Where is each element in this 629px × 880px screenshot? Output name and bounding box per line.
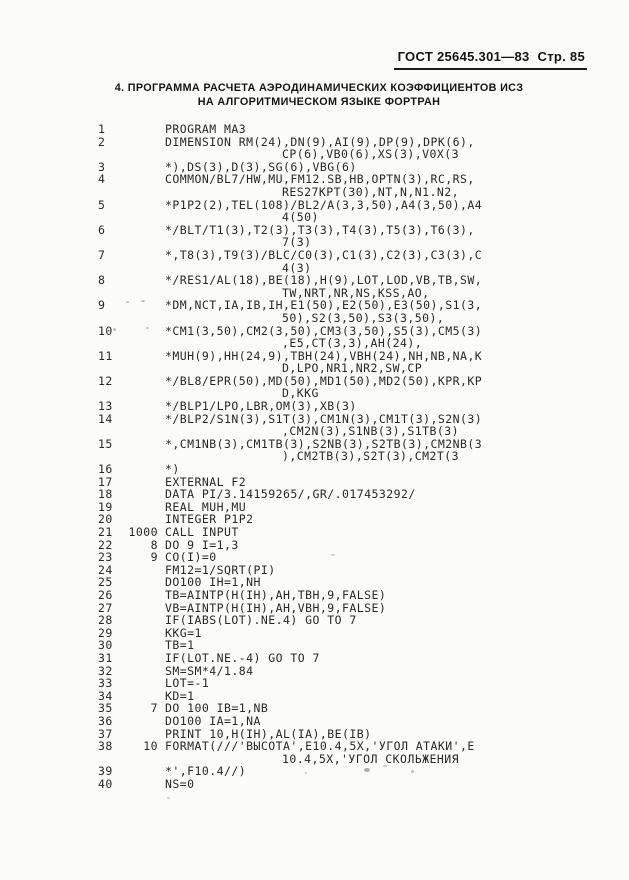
code-text: DO100 IA=1,NA xyxy=(158,715,261,728)
code-text: IF(IABS(LOT).NE.4) GO TO 7 xyxy=(158,614,357,627)
code-text: 4(50) xyxy=(158,211,319,224)
line-number: 23 xyxy=(98,551,120,564)
gost-number: ГОСТ 25645.301—83 xyxy=(398,49,530,64)
line-number: 31 xyxy=(98,652,120,665)
statement-label xyxy=(120,186,158,199)
code-line: 7*,T8(3),T9(3)/BLC/C0(3),C1(3),C2(3),C3(… xyxy=(98,249,482,262)
code-text: CALL INPUT xyxy=(158,526,239,539)
line-number xyxy=(98,362,120,375)
statement-label xyxy=(120,211,158,224)
line-number xyxy=(98,211,120,224)
statement-label xyxy=(120,627,158,640)
code-continuation-line: ),CM2TB(3),S2T(3),CM2T(3 xyxy=(98,450,482,463)
statement-label xyxy=(120,501,158,514)
code-continuation-line: ,E5,CT(3,3),AH(24), xyxy=(98,337,482,350)
code-text: */BLP1/LPO,LBR,OM(3),XB(3) xyxy=(158,400,357,413)
statement-label xyxy=(120,400,158,413)
line-number xyxy=(98,186,120,199)
code-line: 28IF(IABS(LOT).NE.4) GO TO 7 xyxy=(98,614,482,627)
statement-label xyxy=(120,665,158,678)
line-number: 11 xyxy=(98,350,120,363)
scan-speck xyxy=(411,770,414,773)
scan-speck xyxy=(126,301,129,303)
code-line: 36DO100 IA=1,NA xyxy=(98,715,482,728)
line-number: 18 xyxy=(98,488,120,501)
code-text: PROGRAM MA3 xyxy=(158,123,246,136)
statement-label: 9 xyxy=(120,551,158,564)
statement-label xyxy=(120,639,158,652)
code-line: 26TB=AINTP(H(IH),AH,TBH,9,FALSE) xyxy=(98,589,482,602)
code-line: 24FM12=1/SQRT(PI) xyxy=(98,564,482,577)
statement-label xyxy=(120,715,158,728)
statement-label xyxy=(120,173,158,186)
scan-speck xyxy=(167,797,170,799)
statement-label xyxy=(120,589,158,602)
code-text: RES27KPT(30),NT,N,N1.N2, xyxy=(158,186,459,199)
line-number: 33 xyxy=(98,677,120,690)
line-number: 39 xyxy=(98,765,120,778)
line-number: 13 xyxy=(98,400,120,413)
line-number: 38 xyxy=(98,740,120,753)
statement-label xyxy=(120,224,158,237)
code-continuation-line: RES27KPT(30),NT,N,N1.N2, xyxy=(98,186,482,199)
statement-label xyxy=(120,287,158,300)
header-underline xyxy=(394,68,587,70)
page-number: Стр. 85 xyxy=(538,49,585,64)
statement-label xyxy=(120,350,158,363)
line-number: 40 xyxy=(98,778,120,791)
code-text: */BL8/EPR(50),MD(50),MD1(50),MD2(50),KPR… xyxy=(158,375,482,388)
code-continuation-line: 50),S2(3,50),S3(3,50), xyxy=(98,312,482,325)
line-number: 8 xyxy=(98,274,120,287)
code-text: 50),S2(3,50),S3(3,50), xyxy=(158,312,444,325)
code-text: */BLT/T1(3),T2(3),T3(3),T4(3),T5(3),T6(3… xyxy=(158,224,475,237)
statement-label xyxy=(120,362,158,375)
line-number: 2 xyxy=(98,136,120,149)
scan-speck xyxy=(383,765,387,767)
statement-label xyxy=(120,463,158,476)
statement-label xyxy=(120,765,158,778)
document-page: ГОСТ 25645.301—83Стр. 85 4. ПРОГРАММА РА… xyxy=(0,0,629,880)
code-continuation-line: ,CM2N(3),S1NB(3),S1TB(3) xyxy=(98,425,482,438)
line-number: 4 xyxy=(98,173,120,186)
statement-label: 1000 xyxy=(120,526,158,539)
statement-label xyxy=(120,236,158,249)
code-line: 1PROGRAM MA3 xyxy=(98,123,482,136)
statement-label xyxy=(120,413,158,426)
statement-label xyxy=(120,337,158,350)
code-text: */RES1/AL(18),BE(18),H(9),LOT,LOD,VB,TB,… xyxy=(158,274,482,287)
code-line: 357DO 100 IB=1,NB xyxy=(98,702,482,715)
code-text: CP(6),VB0(6),XS(3),V0X(3 xyxy=(158,148,459,161)
line-number: 12 xyxy=(98,375,120,388)
code-text: ),CM2TB(3),S2T(3),CM2T(3 xyxy=(158,450,459,463)
statement-label: 7 xyxy=(120,702,158,715)
statement-label xyxy=(120,123,158,136)
statement-label xyxy=(120,274,158,287)
code-text: LOT=-1 xyxy=(158,677,209,690)
code-line: 8*/RES1/AL(18),BE(18),H(9),LOT,LOD,VB,TB… xyxy=(98,274,482,287)
code-listing: 1PROGRAM MA32DIMENSION RM(24),DN(9),AI(9… xyxy=(98,123,482,790)
line-number: 9 xyxy=(98,299,120,312)
code-continuation-line: 4(50) xyxy=(98,211,482,224)
statement-label xyxy=(120,476,158,489)
code-continuation-line: 10.4,5X,'УГОЛ СКОЛЬЖЕНИЯ xyxy=(98,753,482,766)
statement-label xyxy=(120,387,158,400)
statement-label xyxy=(120,199,158,212)
code-text: CO(I)=0 xyxy=(158,551,217,564)
scan-speck xyxy=(113,328,116,331)
code-text: *',F10.4//) xyxy=(158,765,246,778)
statement-label: 10 xyxy=(120,740,158,753)
scan-speck xyxy=(331,554,335,556)
line-number xyxy=(98,425,120,438)
statement-label xyxy=(120,262,158,275)
statement-label xyxy=(120,325,158,338)
line-number: 28 xyxy=(98,614,120,627)
code-text: ,E5,CT(3,3),AH(24), xyxy=(158,337,422,350)
statement-label xyxy=(120,425,158,438)
statement-label xyxy=(120,677,158,690)
statement-label xyxy=(120,778,158,791)
code-line: 29KKG=1 xyxy=(98,627,482,640)
code-text: FORMAT(///'ВЫСОТА',E10.4,5X,'УГОЛ АТАКИ'… xyxy=(158,740,475,753)
code-line: 19REAL MUH,MU xyxy=(98,501,482,514)
code-text: *P1P2(2),TEL(108)/BL2/A(3,3,50),A4(3,50)… xyxy=(158,199,482,212)
line-number: 5 xyxy=(98,199,120,212)
document-title: 4. ПРОГРАММА РАСЧЕТА АЭРОДИНАМИЧЕСКИХ КО… xyxy=(9,82,629,109)
line-number: 16 xyxy=(98,463,120,476)
statement-label xyxy=(120,652,158,665)
title-line-1: 4. ПРОГРАММА РАСЧЕТА АЭРОДИНАМИЧЕСКИХ КО… xyxy=(9,82,629,96)
code-text: ,CM2N(3),S1NB(3),S1TB(3) xyxy=(158,425,459,438)
line-number: 7 xyxy=(98,249,120,262)
statement-label xyxy=(120,450,158,463)
statement-label xyxy=(120,136,158,149)
line-number: 6 xyxy=(98,224,120,237)
code-continuation-line: D,LPO,NR1,NR2,SW,CP xyxy=(98,362,482,375)
code-text: IF(LOT.NE.-4) GO TO 7 xyxy=(158,652,320,665)
statement-label xyxy=(120,564,158,577)
statement-label xyxy=(120,614,158,627)
line-number: 10 xyxy=(98,325,120,338)
code-text: NS=0 xyxy=(158,778,195,791)
statement-label xyxy=(120,438,158,451)
code-line: 211000CALL INPUT xyxy=(98,526,482,539)
scan-speck xyxy=(141,300,145,302)
code-text: DATA PI/3.14159265/,GR/.017453292/ xyxy=(158,488,416,501)
line-number xyxy=(98,148,120,161)
code-line: 31IF(LOT.NE.-4) GO TO 7 xyxy=(98,652,482,665)
code-text: TB=AINTP(H(IH),AH,TBH,9,FALSE) xyxy=(158,589,386,602)
code-line: 3810FORMAT(///'ВЫСОТА',E10.4,5X,'УГОЛ АТ… xyxy=(98,740,482,753)
statement-label xyxy=(120,161,158,174)
code-text: D,LPO,NR1,NR2,SW,CP xyxy=(158,362,422,375)
statement-label xyxy=(120,753,158,766)
code-line: 39*',F10.4//) xyxy=(98,765,482,778)
statement-label xyxy=(120,576,158,589)
scan-speck xyxy=(146,327,149,329)
statement-label xyxy=(120,148,158,161)
statement-label xyxy=(120,375,158,388)
code-line: 13*/BLP1/LPO,LBR,OM(3),XB(3) xyxy=(98,400,482,413)
statement-label xyxy=(120,602,158,615)
code-line: 239CO(I)=0 xyxy=(98,551,482,564)
scan-speck xyxy=(305,772,307,774)
code-line: 32SM=SM*4/1.84 xyxy=(98,665,482,678)
code-continuation-line: CP(6),VB0(6),XS(3),V0X(3 xyxy=(98,148,482,161)
code-text: *,T8(3),T9(3)/BLC/C0(3),C1(3),C2(3),C3(3… xyxy=(158,249,482,262)
line-number: 1 xyxy=(98,123,120,136)
statement-label xyxy=(120,249,158,262)
scan-speck xyxy=(364,768,370,772)
code-line: 40NS=0 xyxy=(98,778,482,791)
code-line: 18DATA PI/3.14159265/,GR/.017453292/ xyxy=(98,488,482,501)
line-number: 36 xyxy=(98,715,120,728)
code-line: 16*) xyxy=(98,463,482,476)
line-number: 26 xyxy=(98,589,120,602)
line-number xyxy=(98,312,120,325)
page-header: ГОСТ 25645.301—83Стр. 85 xyxy=(398,49,585,64)
statement-label xyxy=(120,488,158,501)
code-line: 33LOT=-1 xyxy=(98,677,482,690)
line-number xyxy=(98,337,120,350)
line-number: 21 xyxy=(98,526,120,539)
title-line-2: НА АЛГОРИТМИЧЕСКОМ ЯЗЫКЕ ФОРТРАН xyxy=(9,96,629,110)
line-number: 14 xyxy=(98,413,120,426)
code-text: *) xyxy=(158,463,180,476)
statement-label xyxy=(120,312,158,325)
line-number: 15 xyxy=(98,438,120,451)
